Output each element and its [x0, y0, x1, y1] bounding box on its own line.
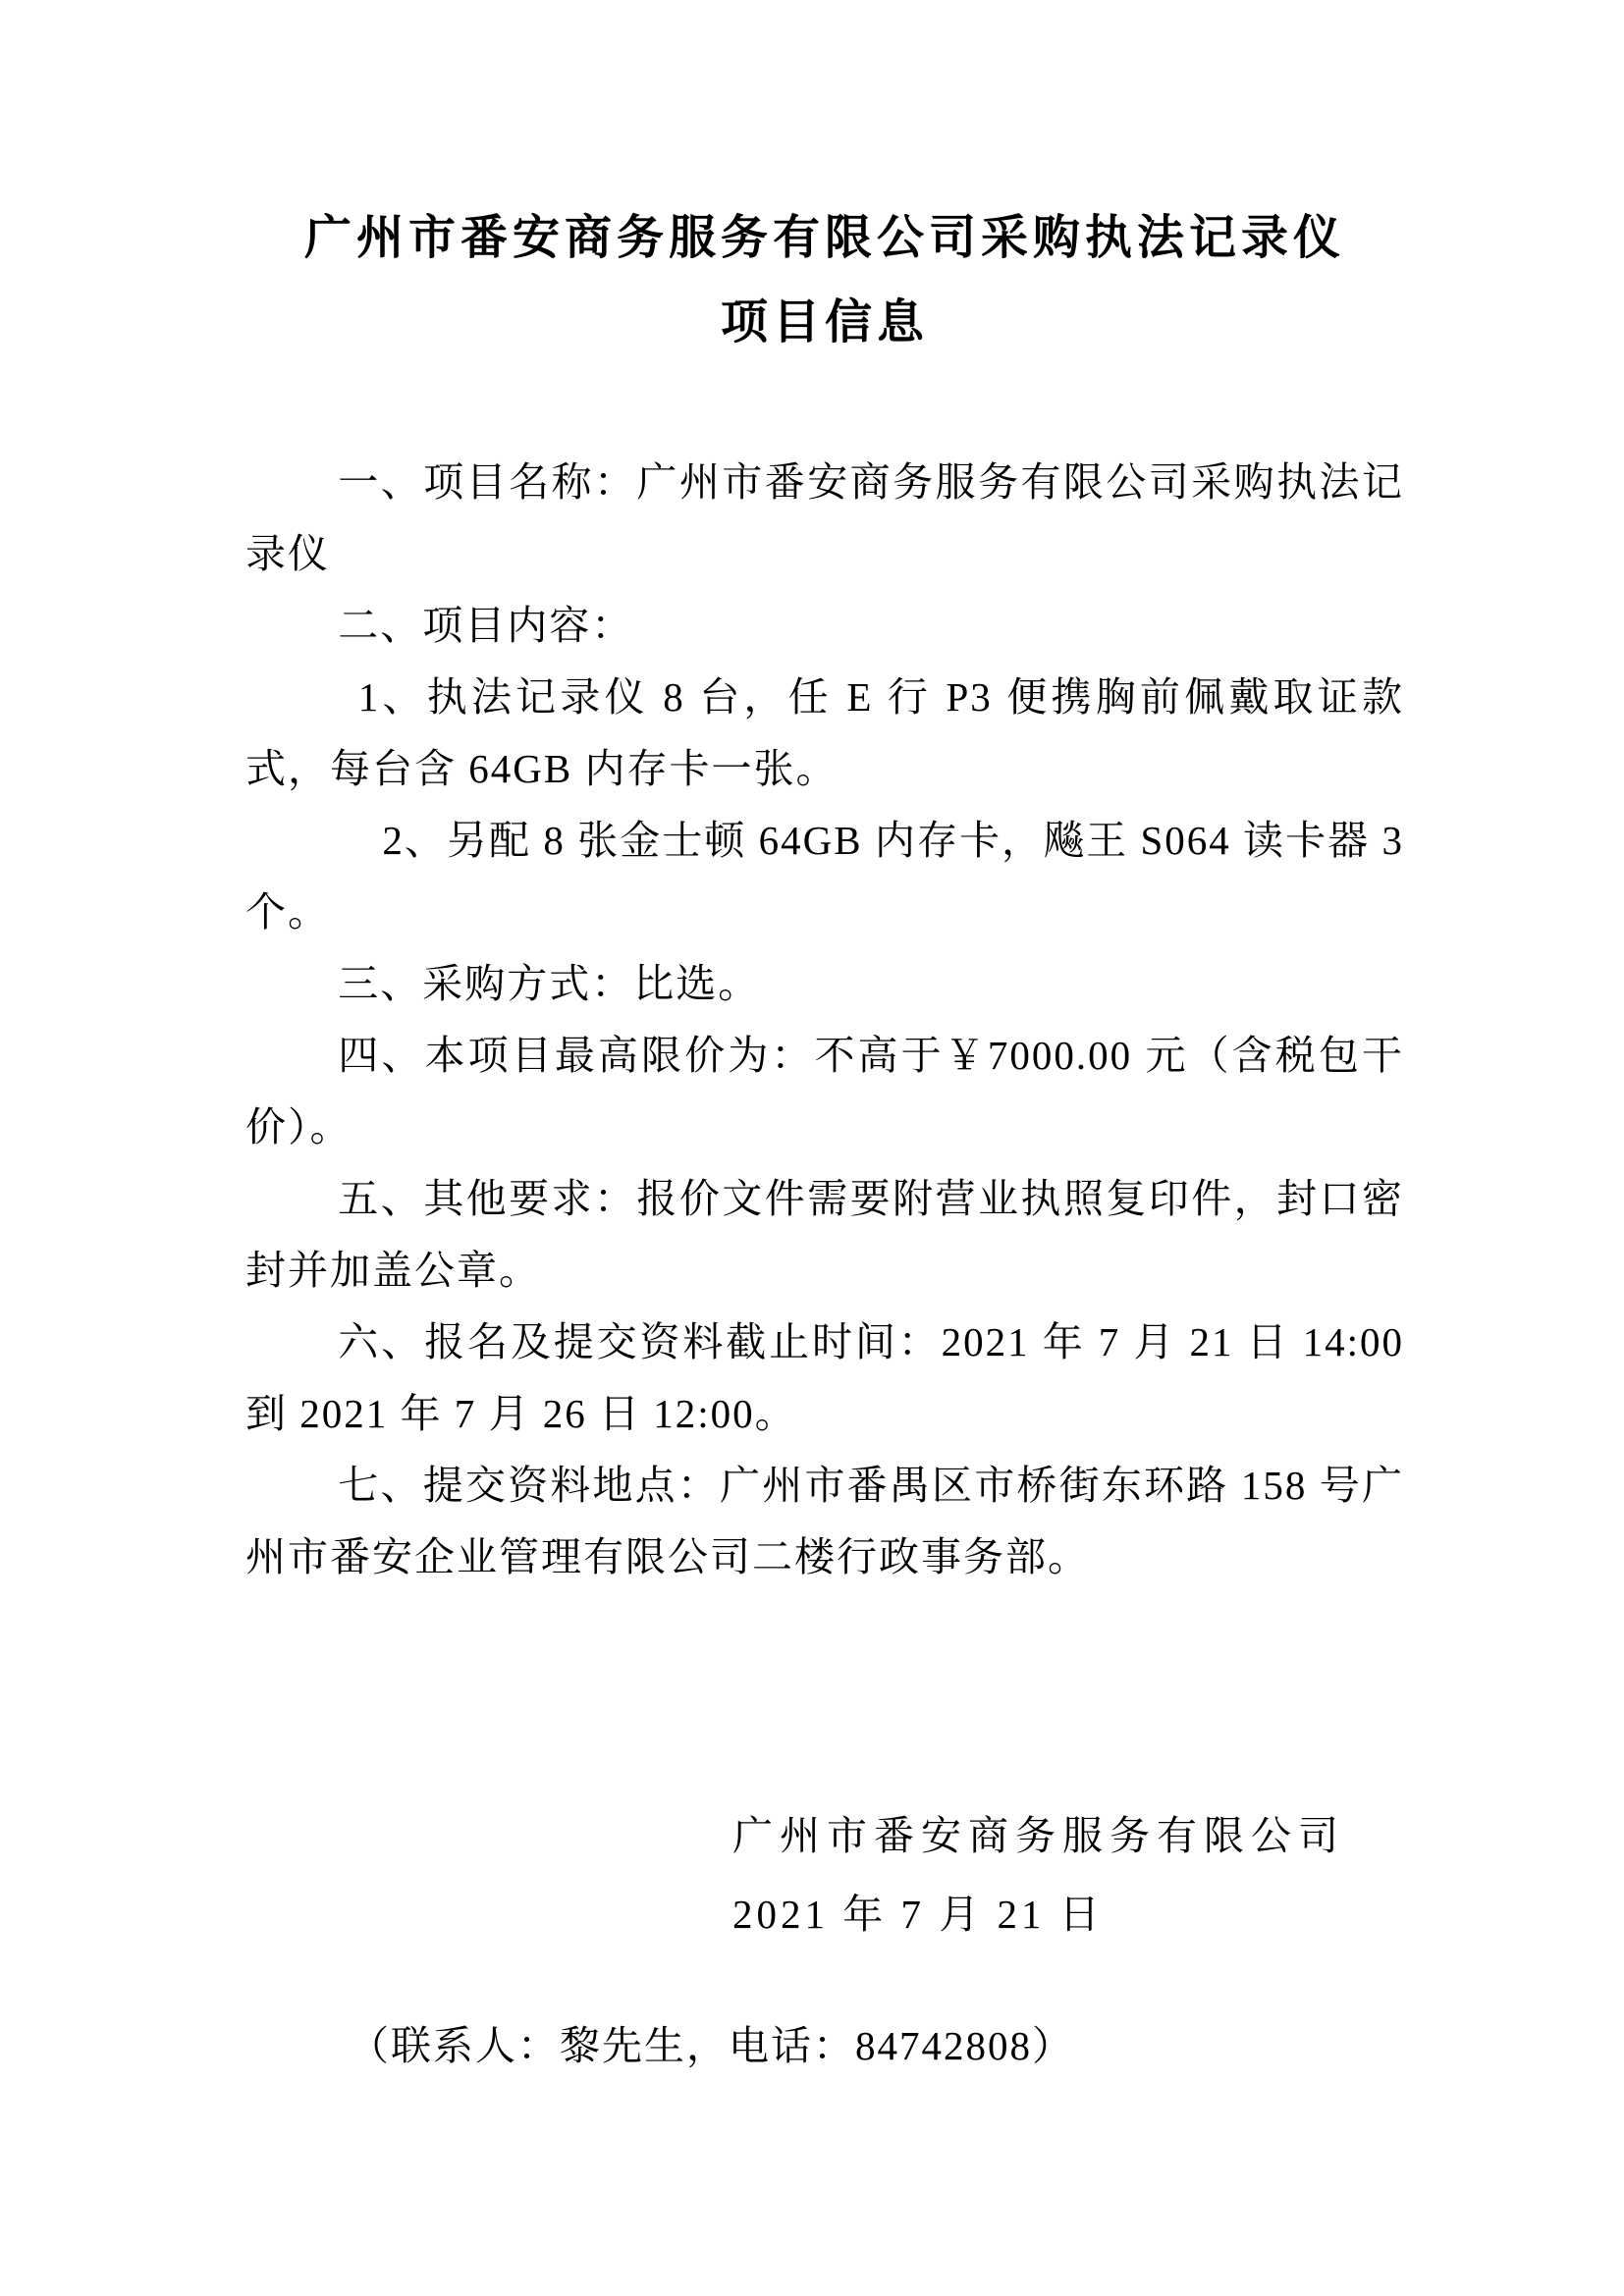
document-title-line2: 项目信息 [245, 281, 1404, 365]
clause-6-deadline: 六、报名及提交资料截止时间：2021 年 7 月 21 日 14:00 到 20… [245, 1307, 1404, 1450]
title-block: 广州市番安商务服务有限公司采购执法记录仪 项目信息 [245, 196, 1404, 365]
clause-1-project-name: 一、项目名称：广州市番安商务服务有限公司采购执法记录仪 [245, 447, 1404, 590]
clause-5-other-requirements: 五、其他要求：报价文件需要附营业执照复印件，封口密封并加盖公章。 [245, 1163, 1404, 1307]
clause-2-item-2: 2、另配 8 张金士顿 64GB 内存卡，飚王 S064 读卡器 3 个。 [245, 805, 1404, 948]
contact-info: （联系人：黎先生，电话：84742808） [349, 2010, 1404, 2082]
document-page: 广州市番安商务服务有限公司采购执法记录仪 项目信息 一、项目名称：广州市番安商务… [0, 0, 1624, 2296]
signature-block: 广州市番安商务服务有限公司 2021 年 7 月 21 日 [732, 1796, 1404, 1953]
clause-2-item-1: 1、执法记录仪 8 台，任 E 行 P3 便携胸前佩戴取证款式，每台含 64GB… [245, 662, 1404, 805]
clause-2-project-content: 二、项目内容： [245, 590, 1404, 662]
signature-company-name: 广州市番安商务服务有限公司 [732, 1796, 1404, 1875]
clause-7-submission-address: 七、提交资料地点：广州市番禺区市桥街东环路 158 号广州市番安企业管理有限公司… [245, 1450, 1404, 1593]
signature-date: 2021 年 7 月 21 日 [732, 1875, 1404, 1953]
document-content: 广州市番安商务服务有限公司采购执法记录仪 项目信息 一、项目名称：广州市番安商务… [245, 196, 1404, 2082]
document-body: 一、项目名称：广州市番安商务服务有限公司采购执法记录仪 二、项目内容： 1、执法… [245, 447, 1404, 1593]
clause-4-price-limit: 四、本项目最高限价为：不高于￥7000.00 元（含税包干价）。 [245, 1020, 1404, 1163]
document-title-line1: 广州市番安商务服务有限公司采购执法记录仪 [245, 196, 1404, 281]
clause-3-procurement-method: 三、采购方式：比选。 [245, 948, 1404, 1020]
